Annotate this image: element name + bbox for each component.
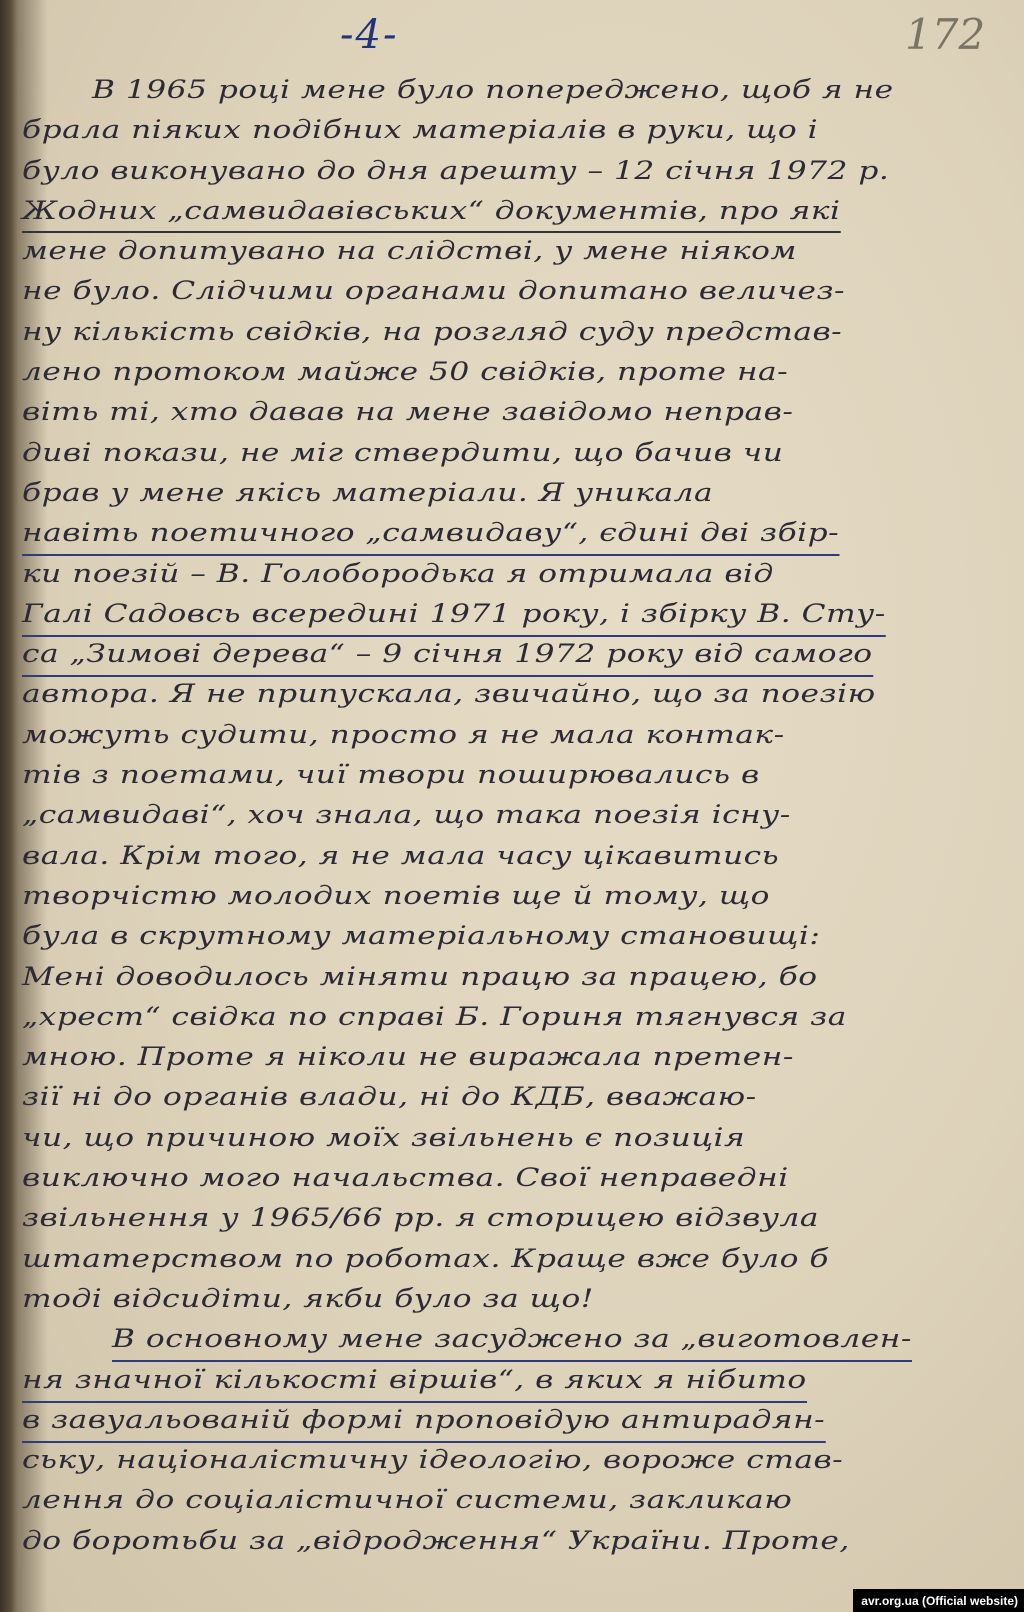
text-line: до боротьби за „відродження“ України. Пр…	[22, 1521, 1002, 1561]
text-line: віть ті, хто давав на мене завідомо непр…	[22, 392, 1002, 432]
text-line-content: автора. Я не припускала, звичайно, що за…	[22, 674, 876, 714]
text-line: ки поезій – В. Голобородька я отримала в…	[22, 554, 1002, 594]
text-line-content: лення до соціалістичної системи, заклика…	[22, 1480, 792, 1520]
text-line: в завуальованій формі проповідую антирад…	[22, 1400, 1002, 1440]
text-line-content: ську, націоналістичну ідеологію, вороже …	[22, 1440, 843, 1480]
text-line-content: зії ні до органів влади, ні до КДБ, вваж…	[22, 1077, 757, 1117]
text-line-content: до боротьби за „відродження“ України. Пр…	[22, 1521, 850, 1561]
text-line-content: Мені доводилось міняти працю за працею, …	[22, 957, 818, 997]
folio-number: 172	[905, 10, 985, 59]
text-line: Жодних „самвидавівських“ документів, про…	[22, 191, 1002, 231]
text-line-content: „самвидаві“, хоч знала, що така поезія і…	[22, 795, 791, 835]
text-line-content: звільнення у 1965/66 рр. я сторицею відз…	[22, 1198, 819, 1238]
text-line-content: була в скрутному матеріальному становищі…	[22, 916, 820, 956]
text-line-content: ки поезій – В. Голобородька я отримала в…	[22, 554, 774, 594]
text-line-content: було виконувано до дня арешту – 12 січня…	[22, 151, 889, 191]
text-line-content: не було. Слідчими органами допитано вели…	[22, 271, 845, 311]
text-line-content: виключно мого начальства. Свої неправедн…	[22, 1158, 789, 1198]
text-line: звільнення у 1965/66 рр. я сторицею відз…	[22, 1198, 1002, 1238]
text-line: брала піяких подібних матеріалів в руки,…	[22, 110, 1002, 150]
text-line-content: лено протоком майже 50 свідків, проте на…	[22, 352, 788, 392]
text-line: автора. Я не припускала, звичайно, що за…	[22, 674, 1002, 714]
text-line: ну кількість свідків, на розгляд суду пр…	[22, 312, 1002, 352]
text-line-content: ня значної кількості віршів“, в яких я н…	[22, 1360, 807, 1403]
text-line-content: можуть судити, просто я не мала контак-	[22, 715, 785, 755]
text-line: тів з поетами, чиї твори поширювались в	[22, 755, 1002, 795]
text-line: виключно мого начальства. Свої неправедн…	[22, 1158, 1002, 1198]
text-line-content: в завуальованій формі проповідую антирад…	[22, 1400, 825, 1443]
text-line: не було. Слідчими органами допитано вели…	[22, 271, 1002, 311]
handwritten-text-body: В 1965 році мене було попереджено, щоб я…	[22, 70, 1002, 1561]
book-spine	[0, 0, 18, 1612]
text-line: В 1965 році мене було попереджено, щоб я…	[22, 70, 1002, 110]
text-line: було виконувано до дня арешту – 12 січня…	[22, 151, 1002, 191]
text-line-content: творчістю молодих поетів ще й тому, що	[22, 876, 770, 916]
text-line: штатерством по роботах. Краще вже було б	[22, 1239, 1002, 1279]
text-line-content: брав у мене якісь матеріали. Я уникала	[22, 473, 713, 513]
document-page: -4- 172 В 1965 році мене було попереджен…	[0, 0, 1024, 1612]
text-line: лення до соціалістичної системи, заклика…	[22, 1480, 1002, 1520]
text-line-content: штатерством по роботах. Краще вже було б	[22, 1239, 829, 1279]
text-line-content: тів з поетами, чиї твори поширювались в	[22, 755, 760, 795]
text-line-content: ну кількість свідків, на розгляд суду пр…	[22, 312, 842, 352]
text-line-content: В 1965 році мене було попереджено, щоб я…	[92, 70, 894, 110]
text-line-content: мною. Проте я ніколи не виражала претен-	[22, 1037, 794, 1077]
text-line-content: вала. Крім того, я не мала часу цікавити…	[22, 836, 779, 876]
text-line: була в скрутному матеріальному становищі…	[22, 916, 1002, 956]
text-line: диві покази, не міг ствердити, що бачив …	[22, 433, 1002, 473]
text-line: вала. Крім того, я не мала часу цікавити…	[22, 836, 1002, 876]
source-watermark: avr.org.ua (Official website)	[853, 1589, 1024, 1612]
text-line: навіть поетичного „самвидаву“, єдині дві…	[22, 513, 1002, 553]
text-line: „хрест“ свідка по справі Б. Гориня тягну…	[22, 997, 1002, 1037]
text-line-content: брала піяких подібних матеріалів в руки,…	[22, 110, 818, 150]
text-line: мною. Проте я ніколи не виражала претен-	[22, 1037, 1002, 1077]
text-line: чи, що причиною моїх звільнень є позиція	[22, 1118, 1002, 1158]
text-line: творчістю молодих поетів ще й тому, що	[22, 876, 1002, 916]
text-line-content: віть ті, хто давав на мене завідомо непр…	[22, 392, 793, 432]
text-line-content: са „Зимові дерева“ – 9 січня 1972 року в…	[22, 634, 873, 677]
text-line-content: мене допитувано на слідстві, у мене ніяк…	[22, 231, 797, 271]
text-line: зії ні до органів влади, ні до КДБ, вваж…	[22, 1077, 1002, 1117]
text-line-content: диві покази, не міг ствердити, що бачив …	[22, 433, 783, 473]
text-line: ську, націоналістичну ідеологію, вороже …	[22, 1440, 1002, 1480]
text-line: брав у мене якісь матеріали. Я уникала	[22, 473, 1002, 513]
text-line: са „Зимові дерева“ – 9 січня 1972 року в…	[22, 634, 1002, 674]
text-line-content: навіть поетичного „самвидаву“, єдині дві…	[22, 513, 839, 556]
text-line-content: Галі Садовсь всередині 1971 року, і збір…	[22, 594, 886, 637]
text-line: Мені доводилось міняти працю за працею, …	[22, 957, 1002, 997]
text-line: можуть судити, просто я не мала контак-	[22, 715, 1002, 755]
page-marker: -4-	[340, 12, 398, 58]
text-line: В основному мене засуджено за „виготовле…	[22, 1319, 1002, 1359]
text-line: лено протоком майже 50 свідків, проте на…	[22, 352, 1002, 392]
text-line-content: Жодних „самвидавівських“ документів, про…	[22, 191, 840, 233]
text-line: ня значної кількості віршів“, в яких я н…	[22, 1360, 1002, 1400]
text-line-content: „хрест“ свідка по справі Б. Гориня тягну…	[22, 997, 847, 1037]
text-line: Галі Садовсь всередині 1971 року, і збір…	[22, 594, 1002, 634]
text-line-content: тоді відсидіти, якби було за що!	[22, 1279, 594, 1319]
text-line: тоді відсидіти, якби було за що!	[22, 1279, 1002, 1319]
text-line: „самвидаві“, хоч знала, що така поезія і…	[22, 795, 1002, 835]
text-line-content: В основному мене засуджено за „виготовле…	[112, 1319, 912, 1362]
text-line-content: чи, що причиною моїх звільнень є позиція	[22, 1118, 745, 1158]
text-line: мене допитувано на слідстві, у мене ніяк…	[22, 231, 1002, 271]
